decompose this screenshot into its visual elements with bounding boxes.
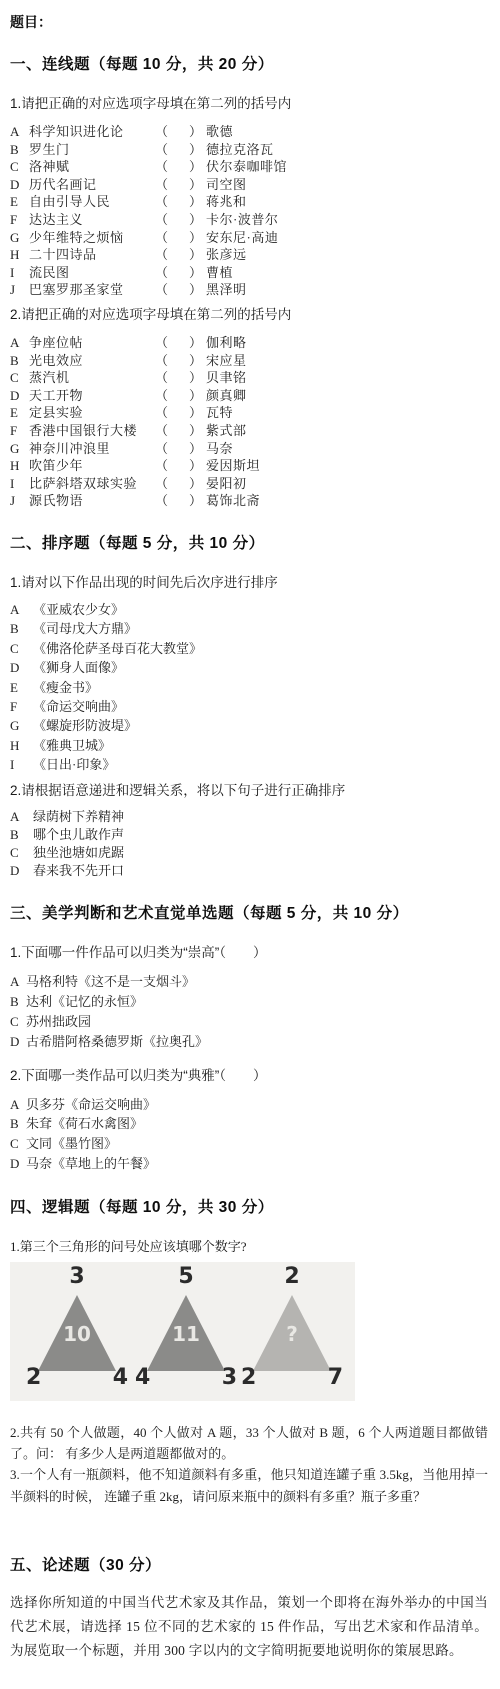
answer-bracket: （ ） bbox=[155, 246, 206, 264]
answer-bracket: （ ） bbox=[155, 211, 206, 229]
answer-bracket: （ ） bbox=[155, 123, 206, 141]
row-letter: C bbox=[10, 158, 29, 176]
section-aesthetic: 三、美学判断和艺术直觉单选题（每题 5 分，共 10 分） 1.下面哪一件作品可… bbox=[10, 903, 488, 1173]
answer-bracket: （ ） bbox=[155, 193, 206, 211]
option-letter: D bbox=[10, 1032, 26, 1052]
match-row: G 少年维特之烦恼 （ ） 安东尼·高迪 bbox=[10, 229, 488, 247]
row-right-item: 安东尼·高迪 bbox=[206, 229, 278, 247]
item-letter: A bbox=[10, 808, 33, 826]
choice-option: B 达利《记忆的永恒》 bbox=[10, 992, 488, 1012]
row-right-item: 瓦特 bbox=[206, 404, 233, 422]
item-letter: D bbox=[10, 658, 33, 677]
section-ordering-heading: 二、排序题（每题 5 分，共 10 分） bbox=[10, 533, 488, 554]
ordering-item: C 独坐池塘如虎踞 bbox=[10, 844, 488, 862]
triangle: 2 ? 2 7 bbox=[253, 1262, 331, 1401]
row-left-item: 蒸汽机 bbox=[29, 369, 155, 387]
row-left-item: 巴塞罗那圣家堂 bbox=[29, 281, 155, 299]
match-row: J 源氏物语 （ ） 葛饰北斋 bbox=[10, 492, 488, 510]
row-left-item: 争座位帖 bbox=[29, 334, 155, 352]
logic-word-problems: 2.共有 50 个人做题，40 个人做对 A 题，33 个人做对 B 题，6 个… bbox=[10, 1422, 488, 1507]
item-letter: G bbox=[10, 716, 33, 735]
item-text: 绿荫树下养精神 bbox=[33, 808, 124, 826]
row-right-item: 伏尔泰咖啡馆 bbox=[206, 158, 287, 176]
triangle-bottom-left-number: 2 bbox=[241, 1366, 256, 1390]
row-letter: G bbox=[10, 440, 29, 458]
row-right-item: 司空图 bbox=[206, 176, 247, 194]
option-text: 贝多芬《命运交响曲》 bbox=[26, 1095, 156, 1115]
row-letter: F bbox=[10, 211, 29, 229]
row-right-item: 颜真卿 bbox=[206, 387, 247, 405]
item-text: 《日出·印象》 bbox=[33, 755, 115, 774]
logic-q1-prompt: 1.第三个三角形的问号处应该填哪个数字? bbox=[10, 1238, 488, 1255]
match-row: G 神奈川冲浪里 （ ） 马奈 bbox=[10, 440, 488, 458]
item-letter: B bbox=[10, 619, 33, 638]
option-text: 苏州拙政园 bbox=[26, 1012, 91, 1032]
row-letter: A bbox=[10, 123, 29, 141]
match-row: A 科学知识进化论 （ ） 歌德 bbox=[10, 123, 488, 141]
match-row: C 蒸汽机 （ ） 贝聿铭 bbox=[10, 369, 488, 387]
ordering-q2-list: A 绿荫树下养精神 B 哪个虫儿敢作声 C 独坐池塘如虎踞 D 春来我不先开口 bbox=[10, 808, 488, 881]
row-right-item: 歌德 bbox=[206, 123, 233, 141]
triangle-top-number: 2 bbox=[284, 1265, 299, 1289]
item-text: 《瘦金书》 bbox=[33, 678, 98, 697]
item-letter: B bbox=[10, 826, 33, 844]
answer-bracket: （ ） bbox=[155, 369, 206, 387]
section-matching-heading: 一、连线题（每题 10 分，共 20 分） bbox=[10, 54, 488, 75]
row-left-item: 历代名画记 bbox=[29, 176, 155, 194]
item-text: 《佛洛伦萨圣母百花大教堂》 bbox=[33, 639, 202, 658]
triangle-center-number: 10 bbox=[63, 1322, 91, 1346]
choice-option: D 古希腊阿格桑德罗斯《拉奥孔》 bbox=[10, 1032, 488, 1052]
option-text: 马奈《草地上的午餐》 bbox=[26, 1154, 156, 1174]
match-row: H 二十四诗品 （ ） 张彦远 bbox=[10, 246, 488, 264]
row-right-item: 曹植 bbox=[206, 264, 233, 282]
row-right-item: 紫式部 bbox=[206, 422, 247, 440]
match-row: H 吹笛少年 （ ） 爱因斯坦 bbox=[10, 457, 488, 475]
answer-bracket: （ ） bbox=[155, 334, 206, 352]
item-letter: I bbox=[10, 755, 33, 774]
row-letter: C bbox=[10, 369, 29, 387]
choice-option: A 贝多芬《命运交响曲》 bbox=[10, 1095, 488, 1115]
answer-bracket: （ ） bbox=[155, 475, 206, 493]
row-letter: A bbox=[10, 334, 29, 352]
triangle-bottom-right-number: 4 bbox=[113, 1366, 128, 1390]
ordering-item: B 《司母戊大方鼎》 bbox=[10, 619, 488, 638]
match-row: B 罗生门 （ ） 德拉克洛瓦 bbox=[10, 141, 488, 159]
exam-paper: 题目： 一、连线题（每题 10 分，共 20 分） 1.请把正确的对应选项字母填… bbox=[0, 0, 500, 1689]
row-letter: D bbox=[10, 387, 29, 405]
row-letter: E bbox=[10, 404, 29, 422]
answer-bracket: （ ） bbox=[155, 422, 206, 440]
section-matching: 一、连线题（每题 10 分，共 20 分） 1.请把正确的对应选项字母填在第二列… bbox=[10, 54, 488, 510]
option-letter: A bbox=[10, 972, 26, 992]
row-left-item: 天工开物 bbox=[29, 387, 155, 405]
matching-q2-list: A 争座位帖 （ ） 伽利略 B 光电效应 （ ） 宋应星 C 蒸汽机 （ ） … bbox=[10, 334, 488, 510]
ordering-item: A 《亚威农少女》 bbox=[10, 600, 488, 619]
row-left-item: 达达主义 bbox=[29, 211, 155, 229]
ordering-item: A 绿荫树下养精神 bbox=[10, 808, 488, 826]
ordering-q1-prompt: 1.请对以下作品出现的时间先后次序进行排序 bbox=[10, 574, 488, 591]
choice-option: A 马格利特《这不是一支烟斗》 bbox=[10, 972, 488, 992]
ordering-item: D 《狮身人面像》 bbox=[10, 658, 488, 677]
row-right-item: 爱因斯坦 bbox=[206, 457, 260, 475]
choice-option: B 朱耷《荷石水禽图》 bbox=[10, 1114, 488, 1134]
item-text: 《司母戊大方鼎》 bbox=[33, 619, 137, 638]
item-letter: A bbox=[10, 600, 33, 619]
option-text: 文同《墨竹图》 bbox=[26, 1134, 117, 1154]
row-right-item: 葛饰北斋 bbox=[206, 492, 260, 510]
ordering-item: E 《瘦金书》 bbox=[10, 678, 488, 697]
item-text: 《命运交响曲》 bbox=[33, 697, 124, 716]
row-left-item: 流民图 bbox=[29, 264, 155, 282]
answer-bracket: （ ） bbox=[155, 440, 206, 458]
row-letter: I bbox=[10, 475, 29, 493]
row-left-item: 神奈川冲浪里 bbox=[29, 440, 155, 458]
row-left-item: 罗生门 bbox=[29, 141, 155, 159]
option-text: 达利《记忆的永恒》 bbox=[26, 992, 143, 1012]
row-left-item: 源氏物语 bbox=[29, 492, 155, 510]
matching-q1-list: A 科学知识进化论 （ ） 歌德 B 罗生门 （ ） 德拉克洛瓦 C 洛神赋 （… bbox=[10, 123, 488, 299]
item-text: 《亚威农少女》 bbox=[33, 600, 124, 619]
logic-q3-text: 3.一个人有一瓶颜料，他不知道颜料有多重，他只知道连罐子重 3.5kg，当他用掉… bbox=[10, 1464, 488, 1507]
row-left-item: 洛神赋 bbox=[29, 158, 155, 176]
item-text: 《雅典卫城》 bbox=[33, 736, 111, 755]
row-right-item: 黑泽明 bbox=[206, 281, 247, 299]
section-essay: 五、论述题（30 分） 选择你所知道的中国当代艺术家及其作品，策划一个即将在海外… bbox=[10, 1555, 488, 1663]
matching-q2-prompt: 2.请把正确的对应选项字母填在第二列的括号内 bbox=[10, 306, 488, 323]
row-letter: J bbox=[10, 492, 29, 510]
answer-bracket: （ ） bbox=[155, 141, 206, 159]
row-letter: B bbox=[10, 352, 29, 370]
ordering-q2-prompt: 2.请根据语意递进和逻辑关系，将以下句子进行正确排序 bbox=[10, 782, 488, 799]
ordering-item: F 《命运交响曲》 bbox=[10, 697, 488, 716]
row-left-item: 比萨斜塔双球实验 bbox=[29, 475, 155, 493]
match-row: I 比萨斜塔双球实验 （ ） 晏阳初 bbox=[10, 475, 488, 493]
row-right-item: 晏阳初 bbox=[206, 475, 247, 493]
option-text: 马格利特《这不是一支烟斗》 bbox=[26, 972, 195, 992]
option-letter: B bbox=[10, 1114, 26, 1134]
answer-bracket: （ ） bbox=[155, 457, 206, 475]
row-left-item: 吹笛少年 bbox=[29, 457, 155, 475]
row-right-item: 卡尔·波普尔 bbox=[206, 211, 278, 229]
item-letter: H bbox=[10, 736, 33, 755]
option-letter: C bbox=[10, 1012, 26, 1032]
ordering-item: I 《日出·印象》 bbox=[10, 755, 488, 774]
triangle-puzzle-figure: 3 10 2 4 5 11 4 3 2 ? 2 7 bbox=[10, 1262, 355, 1401]
section-ordering: 二、排序题（每题 5 分，共 10 分） 1.请对以下作品出现的时间先后次序进行… bbox=[10, 533, 488, 880]
item-text: 《螺旋形防波堤》 bbox=[33, 716, 137, 735]
answer-bracket: （ ） bbox=[155, 404, 206, 422]
aesthetic-q1-prompt: 1.下面哪一件作品可以归类为“崇高”（ ） bbox=[10, 944, 488, 961]
ordering-item: D 春来我不先开口 bbox=[10, 862, 488, 880]
ordering-item: H 《雅典卫城》 bbox=[10, 736, 488, 755]
choice-option: C 文同《墨竹图》 bbox=[10, 1134, 488, 1154]
match-row: F 香港中国银行大楼 （ ） 紫式部 bbox=[10, 422, 488, 440]
aesthetic-q2-options: A 贝多芬《命运交响曲》 B 朱耷《荷石水禽图》 C 文同《墨竹图》 D 马奈《… bbox=[10, 1095, 488, 1174]
match-row: J 巴塞罗那圣家堂 （ ） 黑泽明 bbox=[10, 281, 488, 299]
option-letter: C bbox=[10, 1134, 26, 1154]
item-letter: C bbox=[10, 844, 33, 862]
ordering-item: G 《螺旋形防波堤》 bbox=[10, 716, 488, 735]
answer-bracket: （ ） bbox=[155, 352, 206, 370]
match-row: A 争座位帖 （ ） 伽利略 bbox=[10, 334, 488, 352]
item-letter: D bbox=[10, 862, 33, 880]
row-letter: I bbox=[10, 264, 29, 282]
row-left-item: 少年维特之烦恼 bbox=[29, 229, 155, 247]
item-letter: C bbox=[10, 639, 33, 658]
option-letter: A bbox=[10, 1095, 26, 1115]
page-title: 题目： bbox=[10, 14, 488, 31]
row-right-item: 伽利略 bbox=[206, 334, 247, 352]
row-right-item: 蒋兆和 bbox=[206, 193, 247, 211]
match-row: F 达达主义 （ ） 卡尔·波普尔 bbox=[10, 211, 488, 229]
answer-bracket: （ ） bbox=[155, 176, 206, 194]
match-row: E 自由引导人民 （ ） 蒋兆和 bbox=[10, 193, 488, 211]
aesthetic-q2-prompt: 2.下面哪一类作品可以归类为“典雅”（ ） bbox=[10, 1067, 488, 1084]
row-letter: J bbox=[10, 281, 29, 299]
row-left-item: 定县实验 bbox=[29, 404, 155, 422]
answer-bracket: （ ） bbox=[155, 387, 206, 405]
match-row: I 流民图 （ ） 曹植 bbox=[10, 264, 488, 282]
row-left-item: 香港中国银行大楼 bbox=[29, 422, 155, 440]
row-left-item: 自由引导人民 bbox=[29, 193, 155, 211]
row-right-item: 贝聿铭 bbox=[206, 369, 247, 387]
ordering-item: C 《佛洛伦萨圣母百花大教堂》 bbox=[10, 639, 488, 658]
triangle-top-number: 3 bbox=[69, 1265, 84, 1289]
triangle-bottom-left-number: 4 bbox=[135, 1366, 150, 1390]
option-text: 朱耷《荷石水禽图》 bbox=[26, 1114, 143, 1134]
item-text: 《狮身人面像》 bbox=[33, 658, 124, 677]
triangle-top-number: 5 bbox=[178, 1265, 193, 1289]
section-logic-heading: 四、逻辑题（每题 10 分，共 30 分） bbox=[10, 1197, 488, 1218]
answer-bracket: （ ） bbox=[155, 264, 206, 282]
matching-q1-prompt: 1.请把正确的对应选项字母填在第二列的括号内 bbox=[10, 95, 488, 112]
row-right-item: 德拉克洛瓦 bbox=[206, 141, 274, 159]
match-row: D 历代名画记 （ ） 司空图 bbox=[10, 176, 488, 194]
row-letter: B bbox=[10, 141, 29, 159]
item-letter: F bbox=[10, 697, 33, 716]
aesthetic-q1-options: A 马格利特《这不是一支烟斗》 B 达利《记忆的永恒》 C 苏州拙政园 D 古希… bbox=[10, 972, 488, 1051]
row-letter: G bbox=[10, 229, 29, 247]
match-row: C 洛神赋 （ ） 伏尔泰咖啡馆 bbox=[10, 158, 488, 176]
triangle-center-number: ? bbox=[286, 1322, 298, 1346]
item-letter: E bbox=[10, 678, 33, 697]
ordering-q1-list: A 《亚威农少女》 B 《司母戊大方鼎》 C 《佛洛伦萨圣母百花大教堂》 D 《… bbox=[10, 600, 488, 775]
section-aesthetic-heading: 三、美学判断和艺术直觉单选题（每题 5 分，共 10 分） bbox=[10, 903, 488, 924]
match-row: E 定县实验 （ ） 瓦特 bbox=[10, 404, 488, 422]
answer-bracket: （ ） bbox=[155, 229, 206, 247]
row-letter: E bbox=[10, 193, 29, 211]
option-letter: B bbox=[10, 992, 26, 1012]
answer-bracket: （ ） bbox=[155, 281, 206, 299]
logic-q2-text: 2.共有 50 个人做题，40 个人做对 A 题，33 个人做对 B 题，6 个… bbox=[10, 1422, 488, 1465]
triangle-center-number: 11 bbox=[172, 1322, 200, 1346]
row-left-item: 科学知识进化论 bbox=[29, 123, 155, 141]
triangle-bottom-right-number: 7 bbox=[328, 1366, 343, 1390]
row-letter: H bbox=[10, 246, 29, 264]
row-letter: H bbox=[10, 457, 29, 475]
row-letter: F bbox=[10, 422, 29, 440]
triangle-bottom-right-number: 3 bbox=[222, 1366, 237, 1390]
match-row: D 天工开物 （ ） 颜真卿 bbox=[10, 387, 488, 405]
item-text: 春来我不先开口 bbox=[33, 862, 124, 880]
row-right-item: 宋应星 bbox=[206, 352, 247, 370]
section-essay-heading: 五、论述题（30 分） bbox=[10, 1555, 488, 1576]
triangle: 3 10 2 4 bbox=[38, 1262, 116, 1401]
option-letter: D bbox=[10, 1154, 26, 1174]
section-logic: 四、逻辑题（每题 10 分，共 30 分） 1.第三个三角形的问号处应该填哪个数… bbox=[10, 1197, 488, 1507]
triangle: 5 11 4 3 bbox=[147, 1262, 225, 1401]
match-row: B 光电效应 （ ） 宋应星 bbox=[10, 352, 488, 370]
essay-question-text: 选择你所知道的中国当代艺术家及其作品，策划一个即将在海外举办的中国当代艺术展，请… bbox=[10, 1591, 488, 1663]
ordering-item: B 哪个虫儿敢作声 bbox=[10, 826, 488, 844]
answer-bracket: （ ） bbox=[155, 492, 206, 510]
answer-bracket: （ ） bbox=[155, 158, 206, 176]
row-left-item: 光电效应 bbox=[29, 352, 155, 370]
row-right-item: 马奈 bbox=[206, 440, 233, 458]
option-text: 古希腊阿格桑德罗斯《拉奥孔》 bbox=[26, 1032, 208, 1052]
item-text: 独坐池塘如虎踞 bbox=[33, 844, 124, 862]
row-right-item: 张彦远 bbox=[206, 246, 247, 264]
choice-option: D 马奈《草地上的午餐》 bbox=[10, 1154, 488, 1174]
triangle-bottom-left-number: 2 bbox=[26, 1366, 41, 1390]
row-letter: D bbox=[10, 176, 29, 194]
choice-option: C 苏州拙政园 bbox=[10, 1012, 488, 1032]
item-text: 哪个虫儿敢作声 bbox=[33, 826, 124, 844]
row-left-item: 二十四诗品 bbox=[29, 246, 155, 264]
